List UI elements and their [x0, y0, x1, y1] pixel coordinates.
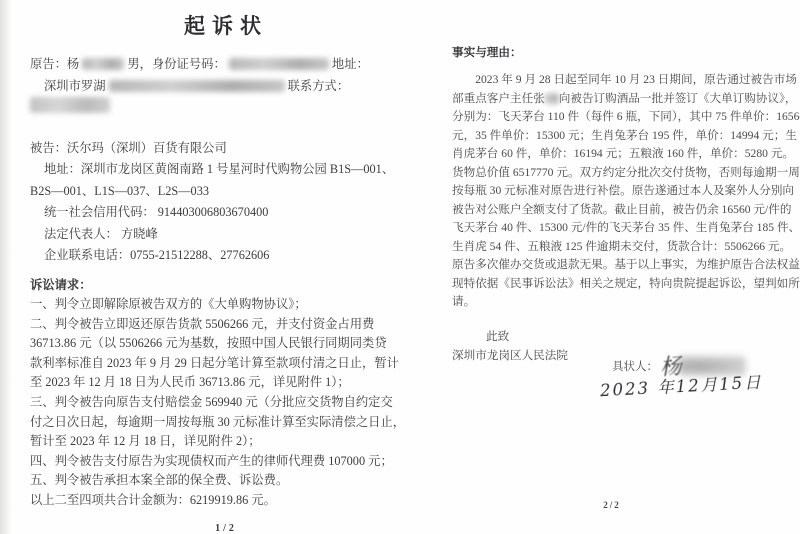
facts-body: 分别为：飞天茅台 110 件（每件 6 瓶，下同），其中 75 件单价：1656…: [452, 108, 790, 312]
claim-line: 五、判令被告承担本案全部的保全费、诉讼费。: [30, 471, 422, 491]
defendant-line: 法定代表人： 方晓峰: [30, 224, 422, 246]
facts-heading: 事实与理由：: [452, 44, 790, 62]
closing-salute: 此致: [452, 327, 790, 347]
fact-line: 被告对公账户全额支付了货款。截止目前，被告仍余 16560 元/件的: [452, 201, 790, 220]
fact-line: 元，35 件单价：15300 元；生肖兔茅台 195 件，单价：14994 元；…: [452, 127, 790, 146]
plaintiff-contact-label: 联系方式：: [288, 79, 350, 93]
claim-line: 一、判令立即解除原被告双方的《大单购物协议》；: [30, 295, 422, 315]
claims-block: 诉讼请求： 一、判令立即解除原被告双方的《大单购物协议》；二、判令被告立即返还原…: [30, 276, 422, 511]
plaintiff-line-2: 深圳市罗湖 联系方式：: [30, 76, 422, 98]
claim-line: 二、判令被告立即返还原告货款 5506266 元，并支付资金占用费: [30, 315, 422, 335]
fact-line: 按每瓶 30 元标准对原告进行补偿。原告遂通过本人及案外人分别向: [452, 182, 790, 201]
claims-heading: 诉讼请求：: [30, 276, 422, 296]
page-number-2: 2/2: [562, 496, 662, 515]
plaintiff-name-prefix: 原告：杨: [30, 57, 79, 71]
plaintiff-line-1: 原告：杨 男，身份证号码： 地址：: [30, 54, 422, 76]
redaction-blur: [545, 93, 559, 104]
fact-line: 肖虎茅台 60 件，单价：16194 元；五粮液 160 件，单价：5280 元…: [452, 145, 790, 164]
fact-line: 飞天茅台 40 件、15300 元/件的飞天茅台 35 件、生肖兔茅台 185 …: [452, 219, 790, 238]
signer-label: 具状人：: [612, 361, 658, 373]
defendant-line: 企业联系电话：0755-21512288、27762606: [30, 245, 422, 267]
fact-line: 原告多次催办交货或退款无果。基于以上事实，为维护原告合法权益，: [452, 256, 790, 275]
page-number-1: 1/2: [30, 518, 422, 534]
facts-line-first: 2023 年 9 月 28 日起至同年 10 月 23 日期间，原告通过被告市场: [452, 71, 790, 90]
defendant-line: 统一社会信用代码： 914403006803670400: [30, 202, 422, 224]
claim-line: 暂计至 2023 年 12 月 18 日，详见附件 2）；: [30, 432, 422, 452]
manager-name-prefix: 部重点客户主任张: [452, 92, 545, 105]
defendant-line: B2S—001、L1S—037、L2S—033: [30, 181, 422, 203]
redaction-blur: [82, 58, 124, 70]
claim-line: 36713.86 元（以 5506266 元为基数，按照中国人民银行同期同类贷: [30, 334, 422, 354]
claim-line: 至 2023 年 12 月 18 日为人民币 36713.86 元，详见附件 1…: [30, 373, 422, 393]
plaintiff-block: 原告：杨 男，身份证号码： 地址： 深圳市罗湖 联系方式：: [30, 54, 422, 119]
claim-line: 三、判令被告向原告支付赔偿金 569940 元（分批应交货物自约定交: [30, 393, 422, 413]
plaintiff-address-prefix: 深圳市罗湖: [44, 79, 106, 93]
claim-line: 四、判令被告支付原告为实现债权而产生的律师代理费 107000 元；: [30, 452, 422, 472]
fact-line: 货物总价值 6517770 元。双方约定分批次交付货物，否则每逾期一周: [452, 164, 790, 183]
defendant-block: 被告：沃尔玛（深圳）百货有限公司地址：深圳市龙岗区黄阁南路 1 号星河时代购物公…: [30, 138, 422, 267]
page-2: 事实与理由： 2023 年 9 月 28 日起至同年 10 月 23 日期间，原…: [452, 44, 790, 366]
redaction-blur: [30, 97, 110, 113]
page-1: 起诉状 原告：杨 男，身份证号码： 地址： 深圳市罗湖 联系方式： 被告：沃尔玛…: [30, 12, 422, 534]
redaction-blur: [109, 80, 285, 92]
defendant-line: 被告：沃尔玛（深圳）百货有限公司: [30, 138, 422, 160]
fact-line: 分别为：飞天茅台 110 件（每件 6 瓶，下同），其中 75 件单价：1656…: [452, 108, 790, 127]
document-scan: { "page1": { "title": "起诉状", "plaintiff"…: [0, 0, 800, 534]
facts-line-redacted-tail: 向被告订购酒品一批并签订《大单订购协议》，: [559, 92, 797, 105]
redaction-blur: [229, 58, 329, 70]
fact-line: 请。: [452, 293, 790, 312]
plaintiff-address-label: 地址：: [332, 57, 369, 71]
claim-line: 以上二至四项共合计金额为：6219919.86 元。: [30, 491, 422, 511]
signature-redaction-blur: [678, 356, 746, 376]
defendant-line: 地址：深圳市龙岗区黄阁南路 1 号星河时代购物公园 B1S—001、: [30, 159, 422, 181]
scan-edge-shadow: [0, 0, 12, 534]
claim-line: 款利率标准自 2023 年 9 月 29 日起分笔计算至款项付清之日止，暂计: [30, 354, 422, 374]
facts-first-text: 2023 年 9 月 28 日起至同年 10 月 23 日期间，原告通过被告市场: [475, 73, 797, 86]
filing-date: 2023 年12月15日: [600, 374, 763, 401]
fact-line: 生肖虎 54 件、五粮液 125 件逾期未交付，货款合计：5506266 元。: [452, 238, 790, 257]
claim-line: 付之日次日起，每逾期一周按每瓶 30 元标准计算至实际清偿之日止，: [30, 413, 422, 433]
facts-line-redacted: 部重点客户主任张向被告订购酒品一批并签订《大单订购协议》，: [452, 90, 790, 109]
document-title: 起诉状: [30, 12, 422, 40]
plaintiff-line-3: [30, 97, 422, 119]
plaintiff-id-label: 男，身份证号码：: [127, 57, 225, 71]
claims-lines: 一、判令立即解除原被告双方的《大单购物协议》；二、判令被告立即返还原告货款 55…: [30, 295, 422, 511]
fact-line: 现特依据《民事诉讼法》相关之规定，特向贵院提起诉讼，望判如所: [452, 275, 790, 294]
